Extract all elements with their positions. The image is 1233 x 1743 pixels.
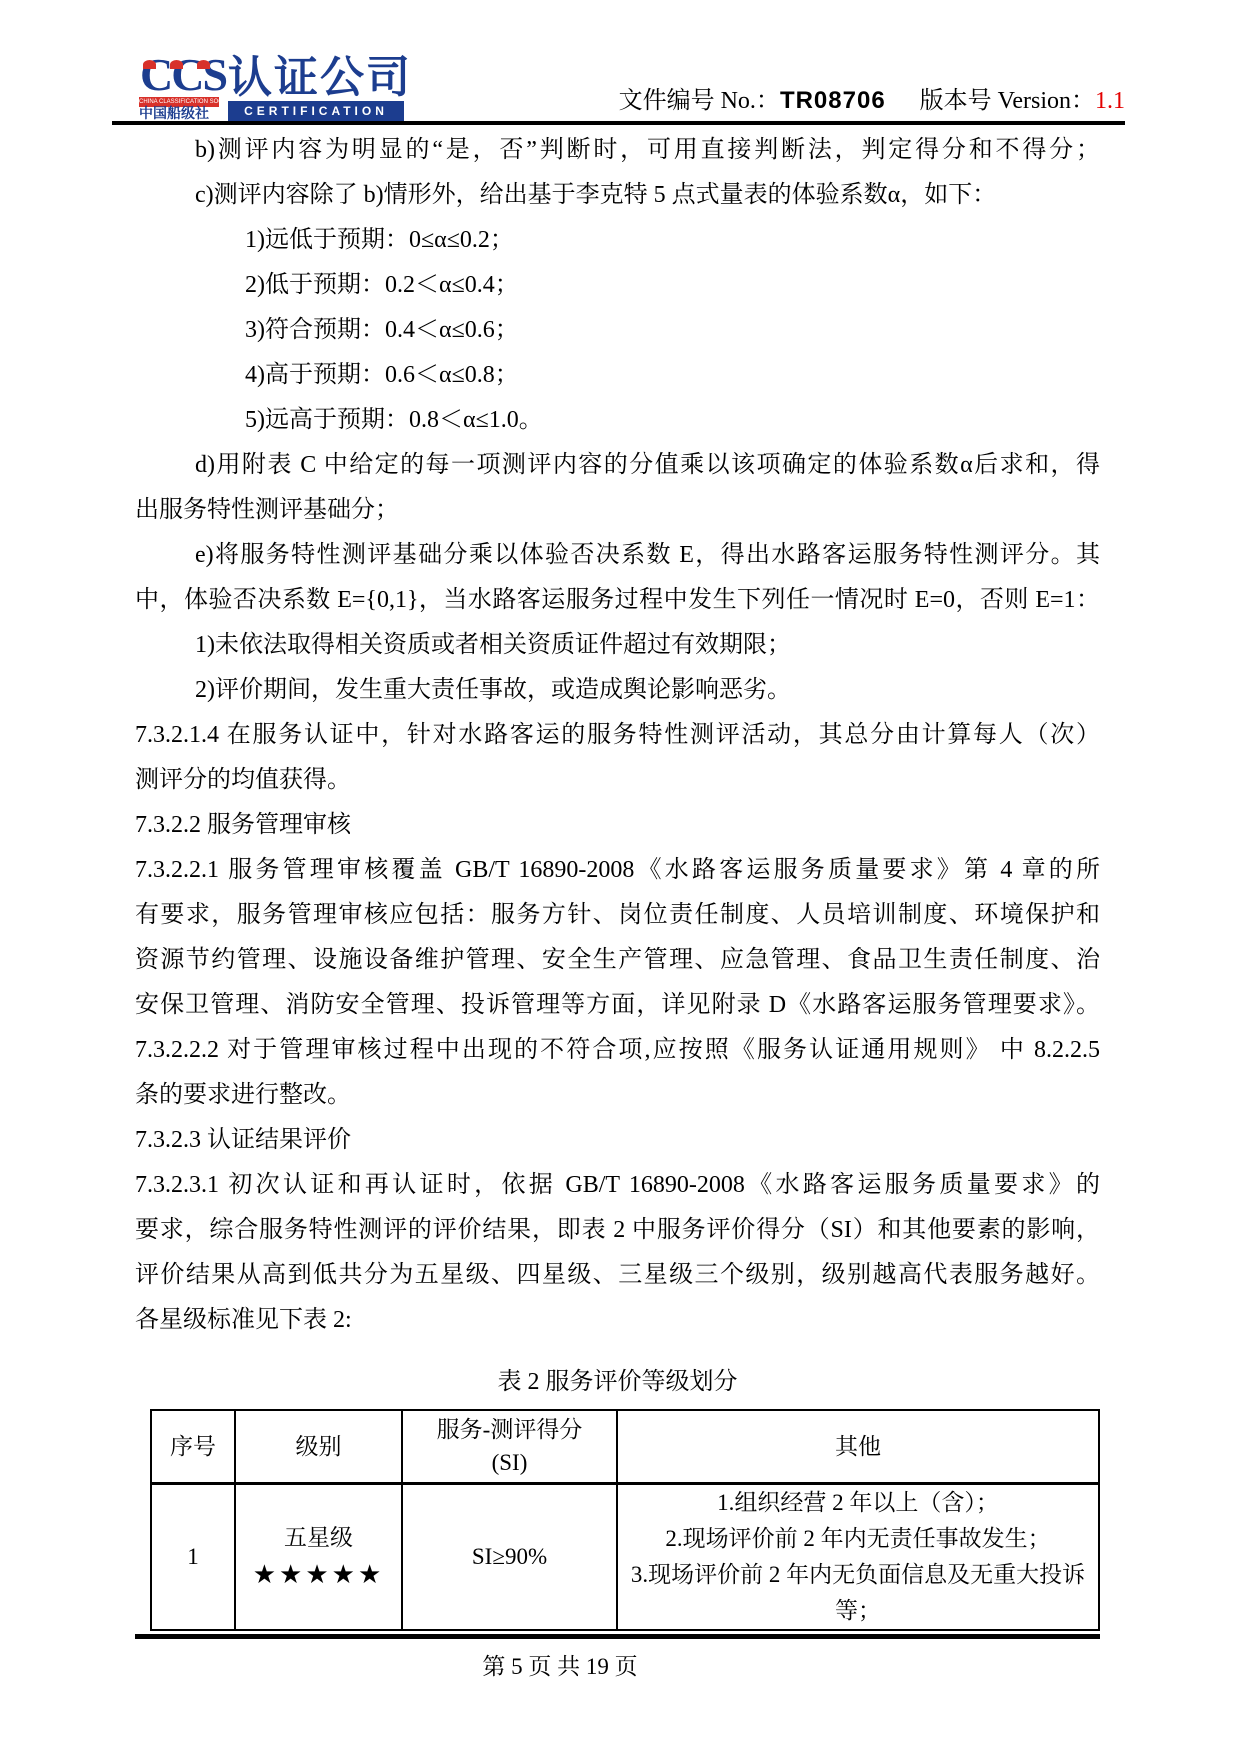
body-line: 2)低于预期：0.2＜α≤0.4； [135, 263, 1100, 308]
body-line: 中，体验否决系数 E={0,1}，当水路客运服务过程中发生下列任一情况时 E=0… [135, 578, 1100, 623]
table-caption: 表 2 服务评价等级划分 [135, 1360, 1100, 1405]
body-line: 2)评价期间，发生重大责任事故，或造成舆论影响恶劣。 [135, 668, 1100, 713]
body-line: 4)高于预期：0.6＜α≤0.8； [135, 353, 1100, 398]
body-line: 安保卫管理、消防安全管理、投诉管理等方面，详见附录 D《水路客运服务管理要求》。 [135, 983, 1100, 1028]
body-line: 评价结果从高到低共分为五星级、四星级、三星级三个级别，级别越高代表服务越好。 [135, 1253, 1100, 1298]
level-name: 五星级 [236, 1520, 401, 1556]
cell-score: SI≥90% [402, 1483, 617, 1630]
body-line: c)测评内容除了 b)情形外，给出基于李克特 5 点式量表的体验系数α，如下： [135, 173, 1100, 218]
header-rule [112, 121, 1125, 125]
five-star-rating: ★★★★★ [236, 1556, 401, 1594]
body-line: 各星级标准见下表 2: [135, 1298, 1100, 1343]
cell-level: 五星级 ★★★★★ [235, 1483, 402, 1630]
body-line: 7.3.2.1.4 在服务认证中，针对水路客运的服务特性测评活动，其总分由计算每… [135, 713, 1100, 758]
ccs-red-accent [143, 60, 156, 69]
ccs-red-accent [170, 60, 183, 69]
body-line: e)将服务特性测评基础分乘以体验否决系数 E，得出水路客运服务特性测评分。其 [135, 533, 1100, 578]
body-line: 有要求，服务管理审核应包括：服务方针、岗位责任制度、人员培训制度、环境保护和 [135, 893, 1100, 938]
body-line: 资源节约管理、设施设备维护管理、安全生产管理、应急管理、食品卫生责任制度、治 [135, 938, 1100, 983]
other-criterion: 2.现场评价前 2 年内无责任事故发生； [618, 1521, 1098, 1557]
body-line: 1)未依法取得相关资质或者相关资质证件超过有效期限； [135, 623, 1100, 668]
body-line: 测评分的均值获得。 [135, 758, 1100, 803]
version-value: 1.1 [1095, 88, 1125, 114]
other-criterion: 1.组织经营 2 年以上（含）； [618, 1485, 1098, 1521]
version-label: 版本号 Version： [920, 88, 1095, 114]
body-line: b)测评内容为明显的“是，否”判断时，可用直接判断法，判定得分和不得分； [135, 128, 1100, 173]
body-line: 7.3.2.2.1 服务管理审核覆盖 GB/T 16890-2008《水路客运服… [135, 848, 1100, 893]
body-line: 要求，综合服务特性测评的评价结果，即表 2 中服务评价得分（SI）和其他要素的影… [135, 1208, 1100, 1253]
cell-no: 1 [151, 1483, 235, 1630]
doc-no-label: 文件编号 No.： [619, 88, 780, 114]
document-page: CCS CHINA CLASSIFICATION SOCIETY 中国船级社 认… [0, 0, 1233, 1743]
table-header-row: 序号 级别 服务-测评得分 (SI) 其他 [151, 1410, 1099, 1483]
doc-no-value: TR08706 [780, 87, 886, 114]
document-meta: 文件编号 No.：TR08706版本号 Version：1.1 [500, 86, 1125, 116]
certification-banner: CERTIFICATION [228, 101, 404, 121]
body-line: 出服务特性测评基础分； [135, 488, 1100, 533]
cell-other: 1.组织经营 2 年以上（含）； 2.现场评价前 2 年内无责任事故发生； 3.… [617, 1483, 1099, 1630]
body-line: 7.3.2.3.1 初次认证和再认证时，依据 GB/T 16890-2008《水… [135, 1163, 1100, 1208]
body-line: 1)远低于预期：0≤α≤0.2； [135, 218, 1100, 263]
col-header-no: 序号 [151, 1410, 235, 1483]
col-header-score-line2: (SI) [403, 1446, 616, 1479]
other-criterion: 3.现场评价前 2 年内无负面信息及无重大投诉等； [618, 1557, 1098, 1629]
body-line: 7.3.2.2 服务管理审核 [135, 803, 1100, 848]
body-line: 5)远高于预期：0.8＜α≤1.0。 [135, 398, 1100, 443]
col-header-other: 其他 [617, 1410, 1099, 1483]
body-line: 3)符合预期：0.4＜α≤0.6； [135, 308, 1100, 353]
body-line: 7.3.2.2.2 对于管理审核过程中出现的不符合项,应按照《服务认证通用规则》… [135, 1028, 1100, 1073]
certification-company-cn: 认证公司 [228, 56, 412, 100]
body-line: 7.3.2.3 认证结果评价 [135, 1118, 1100, 1163]
body-line: d)用附表 C 中给定的每一项测评内容的分值乘以该项确定的体验系数α后求和，得 [135, 443, 1100, 488]
ccs-society-cn: 中国船级社 [139, 108, 219, 122]
body-line: 条的要求进行整改。 [135, 1073, 1100, 1118]
ccs-red-accent [197, 60, 210, 69]
service-grade-table: 序号 级别 服务-测评得分 (SI) 其他 1 五星级 ★★★★★ SI≥90%… [150, 1409, 1100, 1631]
col-header-score-line1: 服务-测评得分 [403, 1413, 616, 1446]
page-number: 第 5 页 共 19 页 [135, 1646, 985, 1688]
footer-rule [135, 1634, 1100, 1639]
table-row: 1 五星级 ★★★★★ SI≥90% 1.组织经营 2 年以上（含）； 2.现场… [151, 1483, 1099, 1630]
col-header-score: 服务-测评得分 (SI) [402, 1410, 617, 1483]
col-header-level: 级别 [235, 1410, 402, 1483]
ccs-society-banner: CHINA CLASSIFICATION SOCIETY [139, 97, 219, 107]
document-body: b)测评内容为明显的“是，否”判断时，可用直接判断法，判定得分和不得分； c)测… [135, 128, 1100, 1343]
